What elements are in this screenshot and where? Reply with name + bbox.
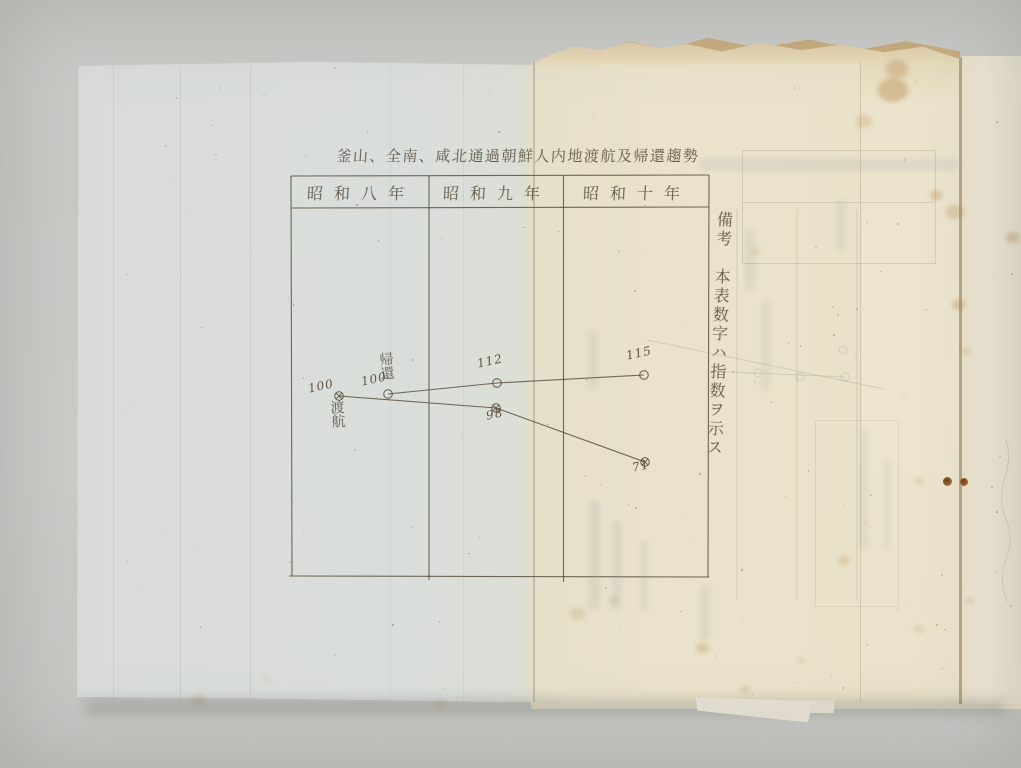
- column-header-showa9: 昭和九年: [430, 181, 563, 207]
- paper-crease: [180, 66, 181, 700]
- binding-hole: [943, 477, 952, 486]
- column-header-showa10: 昭和十年: [564, 181, 709, 207]
- column-header-showa8: 昭和八年: [292, 181, 429, 207]
- chart-title: 釜山、全南、咸北通過朝鮮人内地渡航及帰還趨勢: [317, 145, 718, 166]
- page-corner: [695, 697, 814, 722]
- book-fore-edge: [962, 56, 1021, 704]
- page-corner: [810, 700, 834, 713]
- scanned-document-page: 釜山、全南、咸北通過朝鮮人内地渡航及帰還趨勢 昭和八年 昭和九年 昭和十年 備考…: [0, 0, 1021, 768]
- paper-crease: [250, 66, 251, 700]
- paper-crease: [113, 66, 114, 700]
- page-gap-line: [959, 58, 962, 704]
- page-shadow: [85, 700, 1005, 714]
- sheet-right-edge: [860, 62, 861, 702]
- binding-hole: [960, 478, 968, 486]
